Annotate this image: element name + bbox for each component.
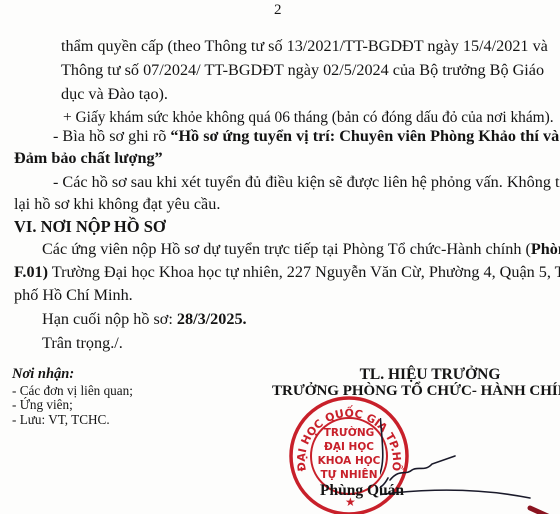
closing: Trân trọng./. xyxy=(42,333,123,353)
text: - Bìa hồ sơ ghi rõ xyxy=(53,127,170,145)
svg-text:TRƯỜNG: TRƯỜNG xyxy=(324,426,375,439)
paragraph-line: F.01) Trường Đại học Khoa học tự nhiên, … xyxy=(14,262,539,282)
text: Trường Đại học Khoa học tự nhiên, 227 Ng… xyxy=(48,263,560,281)
paragraph-line: Đảm bảo chất lượng” xyxy=(14,148,163,168)
paragraph-line: phố Hồ Chí Minh. xyxy=(14,285,133,305)
recipient-item: - Các đơn vị liên quan; xyxy=(12,383,133,398)
paragraph-line: Các ứng viên nộp Hồ sơ dự tuyển trực tiế… xyxy=(42,239,539,259)
paragraph-line: lại hồ sơ khi không đạt yêu cầu. xyxy=(14,194,220,214)
deadline-value: 28/3/2025. xyxy=(177,310,247,328)
bold-text: “Hồ sơ ứng tuyển vị trí: Chuyên viên Phò… xyxy=(170,127,559,145)
deadline-label: Hạn cuối nộp hồ sơ: xyxy=(42,310,177,328)
svg-text:ĐẠI HỌC: ĐẠI HỌC xyxy=(324,441,374,453)
bold-text: Phòng xyxy=(531,240,560,258)
bold-text: Đảm bảo chất lượng” xyxy=(14,149,163,167)
recipient-item: - Ứng viên; xyxy=(12,397,73,412)
signature-title-1: TL. HIỆU TRƯỞNG xyxy=(330,366,530,384)
deadline: Hạn cuối nộp hồ sơ: 28/3/2025. xyxy=(42,309,247,329)
svg-text:TỰ NHIÊN: TỰ NHIÊN xyxy=(320,468,377,481)
bullet-health-certificate: + Giấy khám sức khỏe không quá 06 tháng … xyxy=(63,108,554,128)
paragraph-line: - Các hồ sơ sau khi xét tuyển đủ điều ki… xyxy=(53,172,539,192)
text: Các ứng viên nộp Hồ sơ dự tuyển trực tiế… xyxy=(42,240,531,258)
paragraph-line: Thông tư số 07/2024/ TT-BGDĐT ngày 02/5/… xyxy=(61,60,539,80)
paragraph-line: - Bìa hồ sơ ghi rõ “Hồ sơ ứng tuyển vị t… xyxy=(53,126,539,146)
paragraph-line: thẩm quyền cấp (theo Thông tư số 13/2021… xyxy=(61,36,539,56)
signer-name: Phùng Quán xyxy=(320,482,404,500)
bold-text: F.01) xyxy=(14,263,48,281)
recipients-title: Nơi nhận: xyxy=(12,366,74,383)
svg-text:KHOA HỌC: KHOA HỌC xyxy=(318,455,381,467)
recipient-item: - Lưu: VT, TCHC. xyxy=(12,412,110,427)
section-heading: VI. NƠI NỘP HỒ SƠ xyxy=(14,217,166,237)
paragraph-line: dục và Đào tạo). xyxy=(61,84,168,104)
page-number: 2 xyxy=(274,2,282,19)
signature-scribble-icon xyxy=(380,418,560,514)
